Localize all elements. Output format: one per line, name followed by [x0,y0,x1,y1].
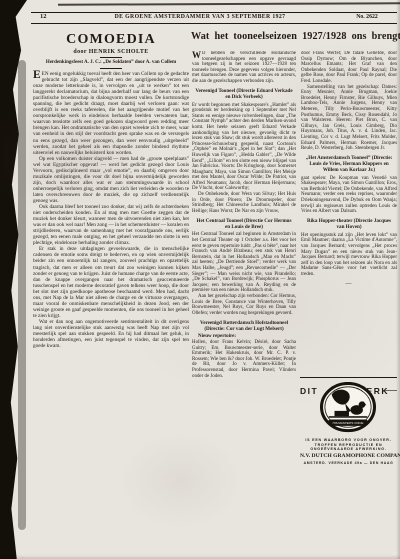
middle-column: WIJ hebben de verschillende Hollandsche … [192,51,296,465]
comoedia-subtitle: Herdenkingsfeest A. J. C.: „De Soldaten”… [33,60,189,66]
spine-shadow-blur [18,60,26,530]
paragraph: EEN eenig ongelukkig toeval heeft den he… [33,71,189,156]
page-right-edge-shadow [396,0,400,559]
section-heading-hofstadtooneel: Vereenigd Rotterdamsch Hofstadtooneel (D… [194,320,294,332]
middle-column-body: WIJ hebben de verschillende Hollandsche … [192,51,296,379]
paragraph: Er wordt begonnen met Shakespeare's „Ham… [192,103,296,193]
paragraph: Aan het gezelschap zijn verbonden: Cor H… [192,294,296,316]
section-heading-rika-hopper: Rika Hopper-theater (Directie Jacques va… [303,218,395,230]
right-column-body: door Frans Werfel; De fatale Geliefde, d… [301,51,397,287]
divider-rule [100,68,122,69]
drop-cap: W [192,51,202,59]
article-end-mark: — [301,282,397,288]
paragraph: Op een volkomen duister slagveld — men h… [33,156,189,204]
issue-number: No. 2622 [338,14,396,20]
ad-address: AMSTERD. VEERKADE 49a — DEN HAAG [300,461,397,465]
scanned-page-content: 12 DE GROENE AMSTERDAMMER VAN 3 SEPTEMBE… [0,0,400,559]
paragraph: Het openingsstuk zal zijn „Het leven lok… [301,233,397,278]
newspaper-page: 12 DE GROENE AMSTERDAMMER VAN 3 SEPTEMBE… [0,0,400,559]
section-heading-amsterdamsch-tooneel: „Het Amsterdamsch Tooneel” (Directie: Lo… [303,155,395,173]
masthead: DE GROENE AMSTERDAMMER VAN 3 SEPTEMBER 1… [92,14,308,20]
comoedia-body: EEN eenig ongelukkig toeval heeft den he… [33,71,189,349]
paragraph: Ook daarna bleef het tooneel zoo donker,… [33,204,189,246]
drop-cap: E [33,71,42,81]
paragraph: De Onbekende, door Wera van Silvay; Het … [192,192,296,214]
margin-dash-mark [382,390,397,391]
page-bottom-edge-shadow [0,555,400,559]
paragraph: Hollen, door Frans Kelvin; Désiré, door … [192,340,296,379]
ad-company-name: N.V. DUTCH GRAMOPHONE COMPANY. [300,453,397,459]
ad-top-rule [300,377,397,378]
intro-paragraph: WIJ hebben de verschillende Hollandsche … [192,51,296,85]
section-heading-vereenigd-tooneel: Vereenigd Tooneel (Directie Eduard Verka… [194,88,294,100]
paragraph: Er stak in deze uitdagingen gevoelswaard… [33,246,189,319]
paragraph: gaat spelen: De Koopman van Venetië van … [301,176,397,215]
paragraph: door Frans Werfel; De fatale Geliefde, d… [301,51,397,85]
divider-rule [100,57,122,58]
comoedia-title: COMOEDIA [33,32,189,48]
header-rule-top [31,12,397,13]
main-headline: Wat het tooneelseizoen 1927/1928 ons bre… [191,31,397,42]
comoedia-byline: door HENRIK SCHOLTE [33,49,189,55]
ad-word-dit: DIT [300,386,318,396]
paragraph: Wat er dan nog aan ongemotiveerde sentim… [33,319,189,349]
ad-slogan-line: ONGEËVENAARDE AFWERKING. [300,447,397,452]
section-heading-centraal-tooneel: Het Centraal Tooneel (Directie Cor Hermu… [194,218,294,230]
header-rule-bottom [31,23,397,24]
page-top-edge-line [58,2,400,5]
his-masters-voice-logo: HIS MASTER'S VOICE [319,382,377,434]
left-column-comoedia: COMOEDIA door HENRIK SCHOLTE Herdenkings… [33,30,189,458]
paragraph: Het Centraal Tooneel zal beginnen in Ams… [192,232,296,294]
right-column: door Frans Werfel; De fatale Geliefde, d… [301,51,397,373]
logo-banner-text: HIS MASTER'S VOICE [333,421,364,425]
paragraph: Samenstelling van het gezelschap: Dames:… [301,85,397,152]
page-number: 12 [40,13,47,20]
ad-slogan-line: IS EEN WAARBORG VOOR ONOVER- [300,438,397,443]
ad-slogan: IS EEN WAARBORG VOOR ONOVER- TROFFEN REP… [300,438,397,452]
